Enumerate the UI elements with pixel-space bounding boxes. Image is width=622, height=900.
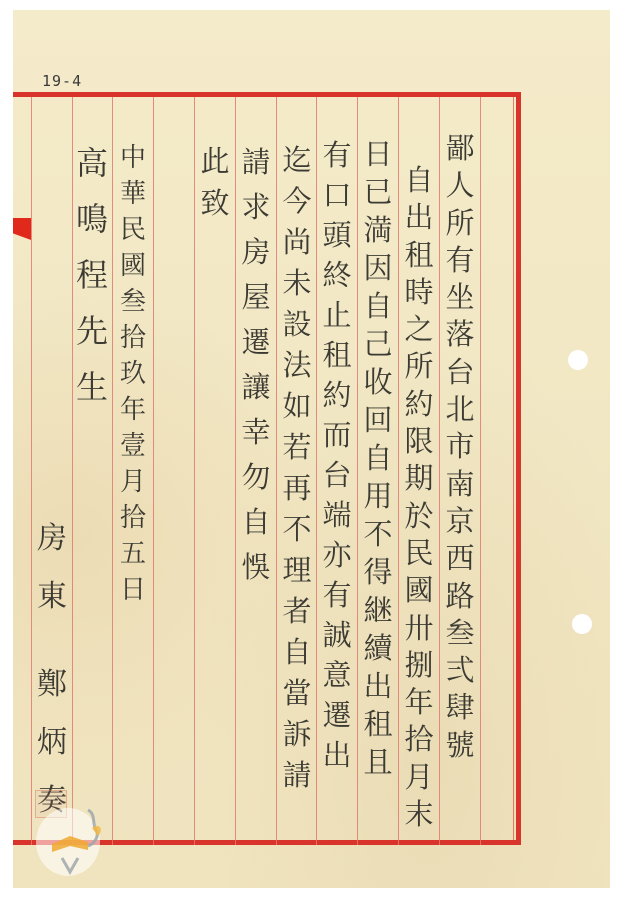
handwritten-character: 得 [363,553,392,591]
handwritten-character: 頭 [322,215,351,255]
text-column-6: 請求房屋遷讓幸勿自悞 [236,140,276,590]
rule-line [480,97,481,845]
handwritten-character: 而 [322,415,351,455]
handwritten-character: 中 [120,140,146,176]
handwritten-character: 訴 [282,714,311,755]
handwritten-character: 出 [363,667,392,705]
handwritten-character: 壹 [120,428,146,464]
handwritten-character: 月 [120,464,146,500]
handwritten-character: 路 [445,578,474,615]
handwritten-character: 坐 [445,279,474,316]
handwritten-character: 未 [282,263,311,304]
handwritten-character: 收 [363,363,392,401]
handwritten-character: 高 [76,135,108,191]
handwritten-character: 求 [241,185,270,230]
handwritten-character: 炳 [37,714,67,772]
handwritten-character: 致 [200,182,229,224]
handwritten-character: 己 [363,325,392,363]
page-number-label: 19-4 [42,72,82,90]
handwritten-character: 不 [282,509,311,550]
text-column-1: 鄙人所有坐落台北市南京西路叁弍肆號 [440,130,480,764]
handwritten-character: 房 [37,510,67,568]
handwritten-character: 叁 [120,284,146,320]
handwritten-character: 卅 [404,610,433,647]
handwritten-character: 請 [241,140,270,185]
handwritten-character: 迄 [282,140,311,181]
handwritten-character: 自 [282,632,311,673]
handwritten-character: 回 [363,401,392,439]
handwritten-character: 設 [282,304,311,345]
handwritten-character: 出 [322,735,351,775]
handwritten-character: 租 [322,335,351,375]
handwritten-character: 拾 [404,721,433,758]
handwritten-character: 屋 [241,275,270,320]
punch-hole [572,614,592,634]
handwritten-character: 南 [445,466,474,503]
handwritten-character: 不 [363,515,392,553]
archive-watermark-logo-icon [30,800,120,880]
handwritten-character: 拾 [120,500,146,536]
handwritten-character: 民 [404,535,433,572]
handwritten-character: 自 [363,287,392,325]
rule-line [153,97,154,845]
handwritten-character: 國 [120,248,146,284]
handwritten-character: 市 [445,428,474,465]
handwritten-character: 台 [322,455,351,495]
addressee-column: 高鳴程先生 [72,135,112,415]
handwritten-character: 肆 [445,689,474,726]
handwritten-character: 請 [282,755,311,796]
handwritten-character: 如 [282,386,311,427]
handwritten-character: 於 [404,498,433,535]
handwritten-character: 有 [322,135,351,175]
handwritten-character: 此 [200,140,229,182]
handwritten-character: 悞 [241,545,270,590]
handwritten-character: 自 [363,439,392,477]
handwritten-character: 日 [363,135,392,173]
handwritten-character: 遷 [322,695,351,735]
handwritten-character: 亦 [322,535,351,575]
date-column: 中華民國叁拾玖年壹月拾五日 [113,140,153,608]
handwritten-character: 因 [363,249,392,287]
closing-column: 此致 [195,140,235,224]
handwritten-character: 租 [363,705,392,743]
handwritten-character: 東 [37,568,67,626]
text-column-3: 日已満因自己收回自用不得継續出租且 [358,135,398,781]
handwritten-character: 口 [322,175,351,215]
handwritten-character: 拾 [120,320,146,356]
handwritten-character: 捌 [404,647,433,684]
handwritten-character: 用 [363,477,392,515]
handwritten-character: 年 [120,392,146,428]
handwritten-character: 端 [322,495,351,535]
handwritten-character: 者 [282,591,311,632]
handwritten-character: 年 [404,684,433,721]
handwritten-character: 已 [363,173,392,211]
handwritten-character: 自 [404,162,433,199]
handwritten-character: 出 [404,199,433,236]
handwritten-character: 末 [404,796,433,833]
handwritten-character: 有 [445,242,474,279]
handwritten-character: 若 [282,427,311,468]
text-column-5: 迄今尚未設法如若再不理者自當訴請 [277,140,317,796]
handwritten-character: 號 [445,727,474,764]
handwritten-character: 讓 [241,365,270,410]
handwritten-character: 再 [282,468,311,509]
handwritten-character: 房 [241,230,270,275]
handwritten-character: 幸 [241,410,270,455]
handwritten-character: 租 [404,237,433,274]
handwritten-character: 所 [445,205,474,242]
handwritten-character: 落 [445,316,474,353]
handwritten-character: 所 [404,348,433,385]
handwritten-character: 理 [282,550,311,591]
handwritten-character: 生 [76,359,108,415]
handwritten-character: 満 [363,211,392,249]
handwritten-character: 鄙 [445,130,474,167]
handwritten-character: 之 [404,311,433,348]
handwritten-character: 北 [445,391,474,428]
handwritten-character: 玖 [120,356,146,392]
handwritten-character: 約 [322,375,351,415]
handwritten-character: 約 [404,386,433,423]
text-column-4: 有口頭終止租約而台端亦有誠意遷出 [317,135,357,775]
handwritten-character: 人 [445,167,474,204]
handwritten-character: 台 [445,354,474,391]
handwritten-character: 國 [404,572,433,609]
handwritten-character: 時 [404,274,433,311]
handwritten-character: 有 [322,575,351,615]
handwritten-character: 五 [120,536,146,572]
handwritten-character: 且 [363,743,392,781]
punch-hole [568,350,588,370]
handwritten-character: 鳴 [76,191,108,247]
handwritten-character: 月 [404,759,433,796]
handwritten-character: 終 [322,255,351,295]
handwritten-character: 止 [322,295,351,335]
handwritten-character: 華 [120,176,146,212]
handwritten-character: 自 [241,500,270,545]
handwritten-character: 先 [76,303,108,359]
handwritten-character: 法 [282,345,311,386]
handwritten-character: 續 [363,629,392,667]
handwritten-character: 日 [120,572,146,608]
handwritten-character: 誠 [322,615,351,655]
handwritten-character: 程 [76,247,108,303]
handwritten-character: 限 [404,423,433,460]
handwritten-character: 西 [445,540,474,577]
handwritten-character: 遷 [241,320,270,365]
handwritten-character: 今 [282,181,311,222]
frame-inner-line [513,97,514,845]
signature-column: 房東鄭炳奏 [32,510,72,830]
handwritten-character: 民 [120,212,146,248]
handwritten-character: 期 [404,460,433,497]
handwritten-character: 継 [363,591,392,629]
handwritten-character: 尚 [282,222,311,263]
handwritten-character: 京 [445,503,474,540]
handwritten-character: 當 [282,673,311,714]
handwritten-character: 鄭 [37,656,67,714]
handwritten-character: 意 [322,655,351,695]
handwritten-character: 叁 [445,615,474,652]
text-column-2: 自出租時之所約限期於民國卅捌年拾月末 [399,162,439,833]
handwritten-character: 勿 [241,455,270,500]
handwritten-character: 弍 [445,652,474,689]
